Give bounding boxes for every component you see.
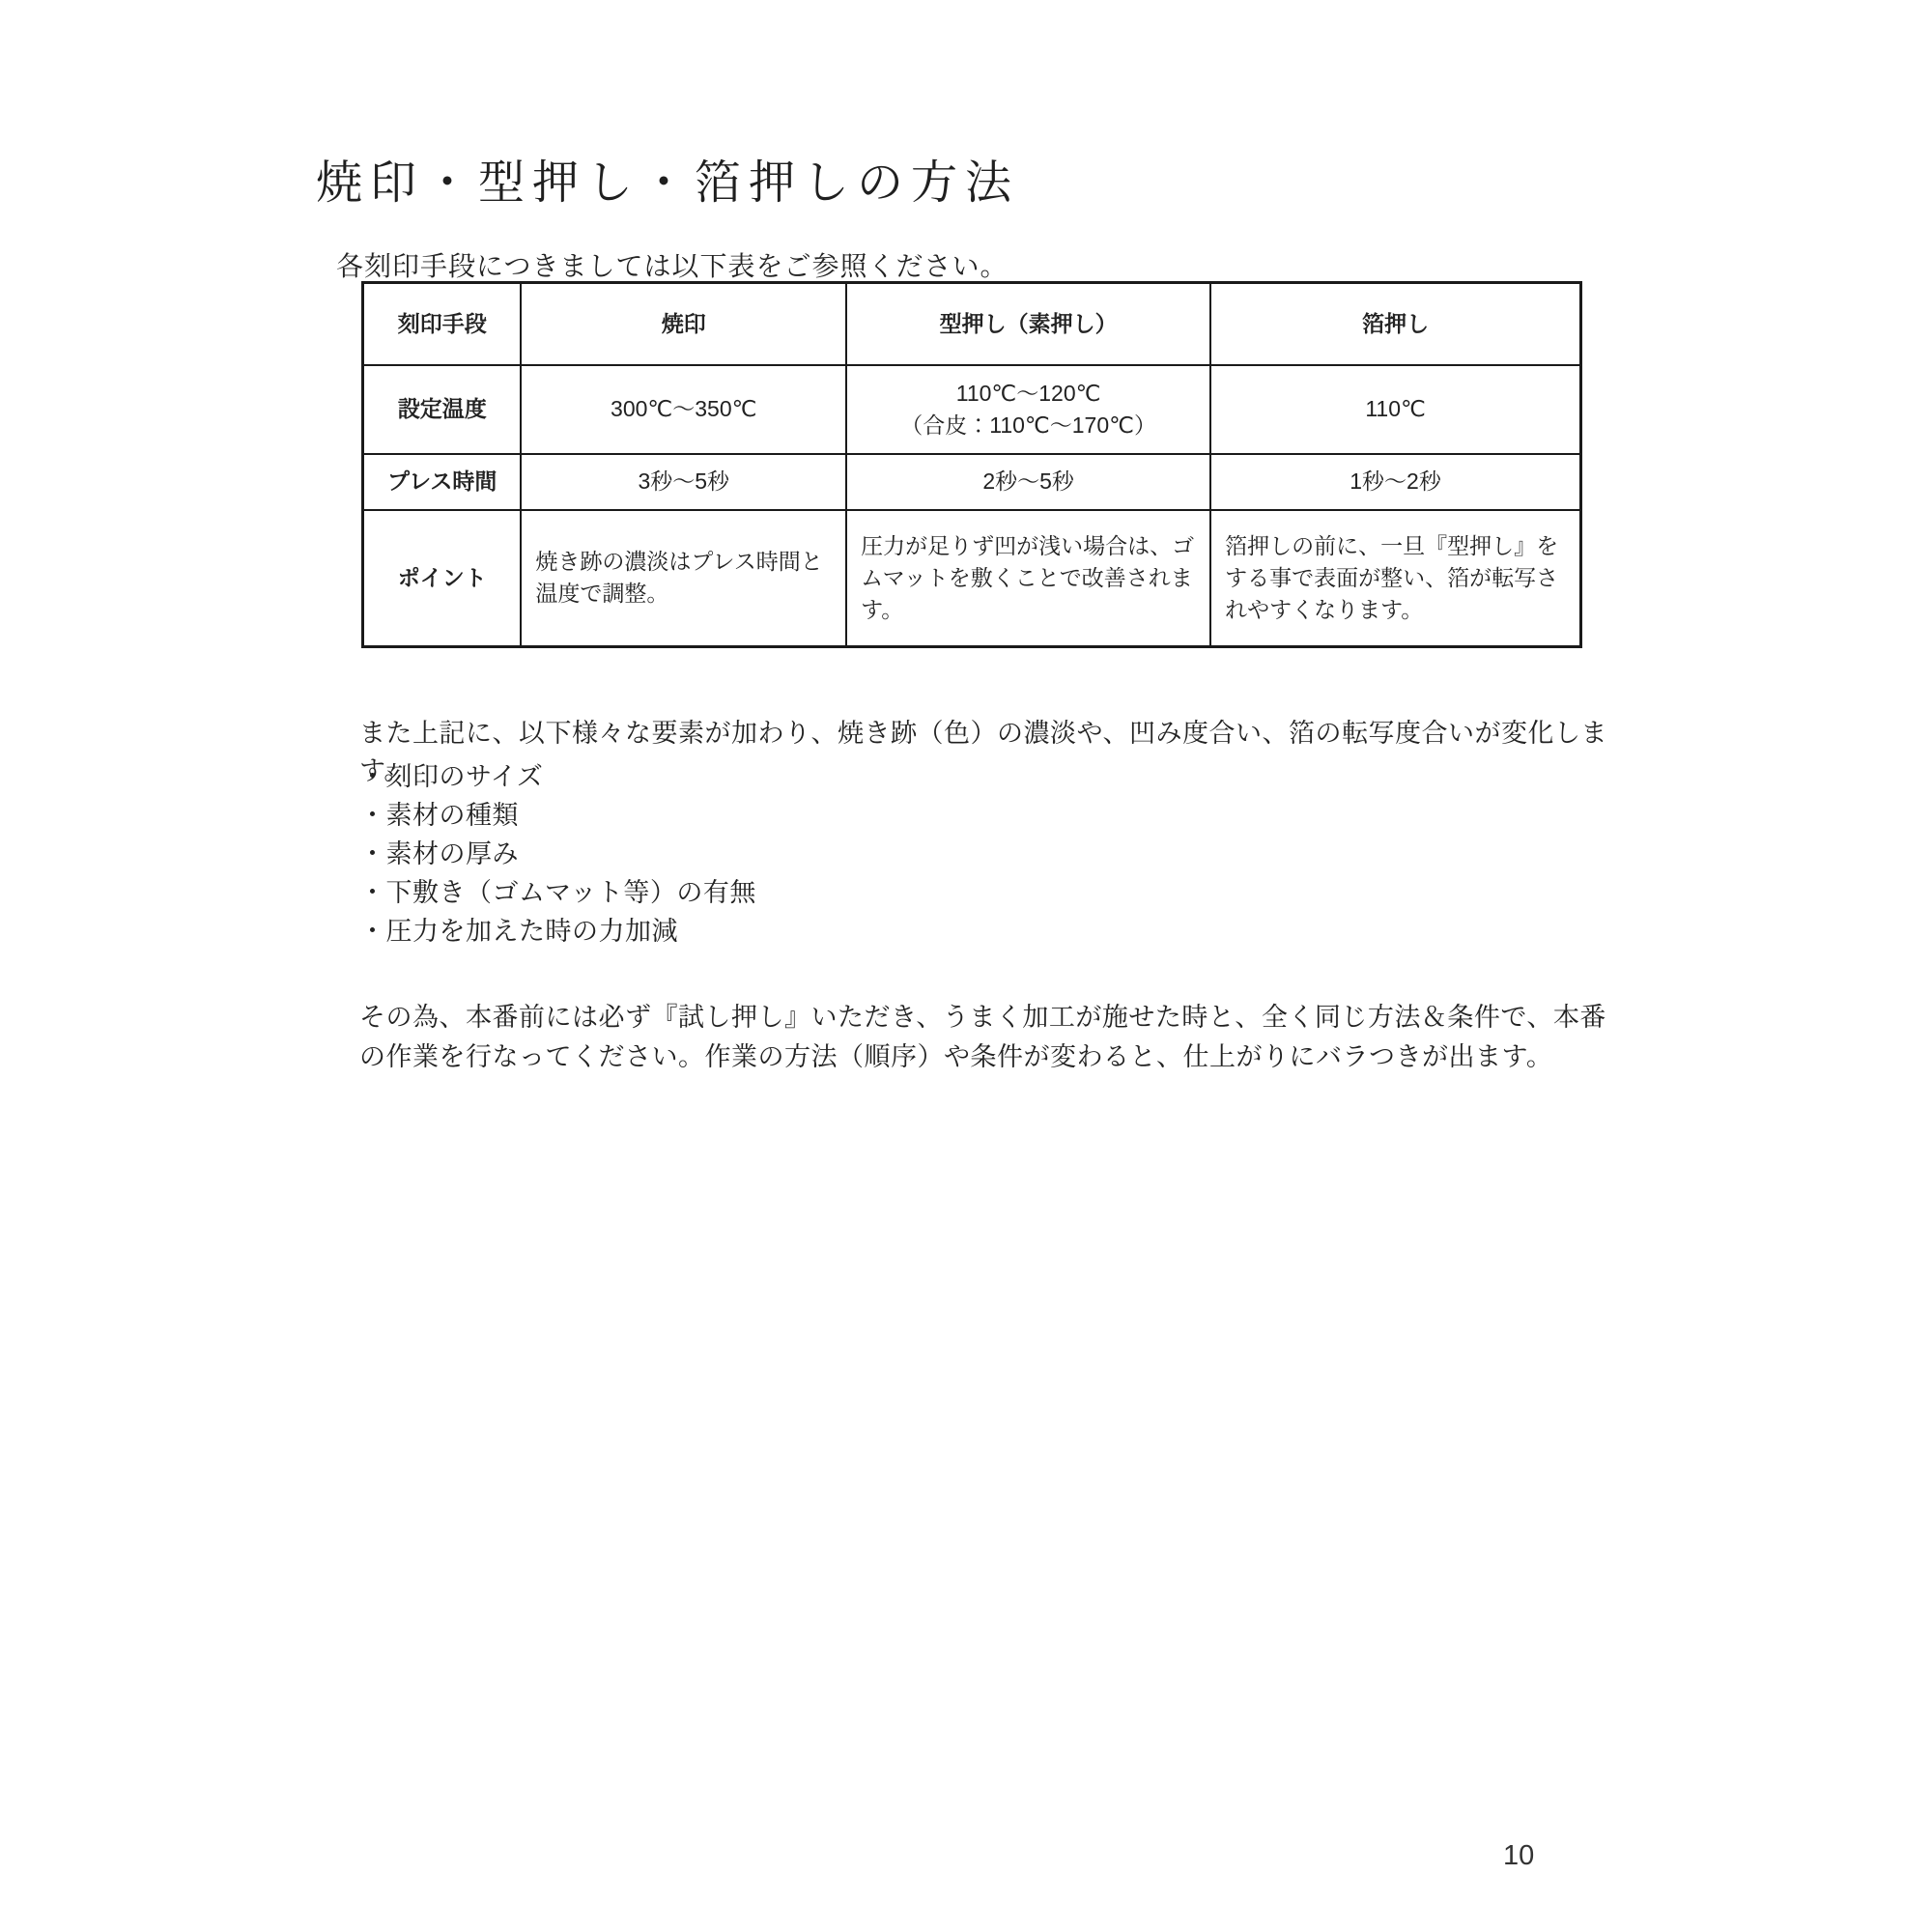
closing-note: その為、本番前には必ず『試し押し』いただき、うまく加工が施せた時と、全く同じ方法… — [359, 998, 1615, 1077]
factor-item-material-thickness: ・素材の厚み — [359, 835, 756, 873]
cell-temperature-yakiin: 300℃〜350℃ — [521, 365, 846, 454]
row-label-press-time: プレス時間 — [363, 454, 522, 510]
cell-press-time-yakiin: 3秒〜5秒 — [521, 454, 846, 510]
table-row-point: ポイント 焼き跡の濃淡はプレス時間と温度で調整。 圧力が足りず凹が浅い場合は、ゴ… — [363, 510, 1581, 647]
cell-temperature-hakuoshi: 110℃ — [1210, 365, 1580, 454]
factor-item-underlay: ・下敷き（ゴムマット等）の有無 — [359, 873, 756, 912]
table-header-row: 刻印手段 焼印 型押し（素押し） 箔押し — [363, 283, 1581, 365]
row-label-point: ポイント — [363, 510, 522, 647]
header-cell-yakiin: 焼印 — [521, 283, 846, 365]
factors-list: ・刻印のサイズ ・素材の種類 ・素材の厚み ・下敷き（ゴムマット等）の有無 ・圧… — [359, 757, 756, 951]
table-row-press-time: プレス時間 3秒〜5秒 2秒〜5秒 1秒〜2秒 — [363, 454, 1581, 510]
page-title: 焼印・型押し・箔押しの方法 — [316, 145, 1019, 212]
intro-text: 各刻印手段につきましては以下表をご参照ください。 — [336, 245, 1008, 284]
factor-item-material-type: ・素材の種類 — [359, 796, 756, 835]
table-row-temperature: 設定温度 300℃〜350℃ 110℃〜120℃ （合皮：110℃〜170℃） … — [363, 365, 1581, 454]
header-cell-method: 刻印手段 — [363, 283, 522, 365]
cell-press-time-kataoshi: 2秒〜5秒 — [846, 454, 1210, 510]
row-label-temperature: 設定温度 — [363, 365, 522, 454]
page-number: 10 — [1503, 1840, 1534, 1872]
header-cell-kataoshi: 型押し（素押し） — [846, 283, 1210, 365]
factor-item-pressure: ・圧力を加えた時の力加減 — [359, 912, 756, 951]
cell-point-kataoshi: 圧力が足りず凹が浅い場合は、ゴムマットを敷くことで改善されます。 — [846, 510, 1210, 647]
cell-temperature-kataoshi: 110℃〜120℃ （合皮：110℃〜170℃） — [846, 365, 1210, 454]
header-cell-hakuoshi: 箔押し — [1210, 283, 1580, 365]
cell-point-hakuoshi: 箔押しの前に、一旦『型押し』をする事で表面が整い、箔が転写されやすくなります。 — [1210, 510, 1580, 647]
factor-item-stamp-size: ・刻印のサイズ — [359, 757, 756, 796]
stamping-methods-table: 刻印手段 焼印 型押し（素押し） 箔押し 設定温度 300℃〜350℃ 110℃… — [361, 281, 1582, 648]
cell-point-yakiin: 焼き跡の濃淡はプレス時間と温度で調整。 — [521, 510, 846, 647]
cell-press-time-hakuoshi: 1秒〜2秒 — [1210, 454, 1580, 510]
